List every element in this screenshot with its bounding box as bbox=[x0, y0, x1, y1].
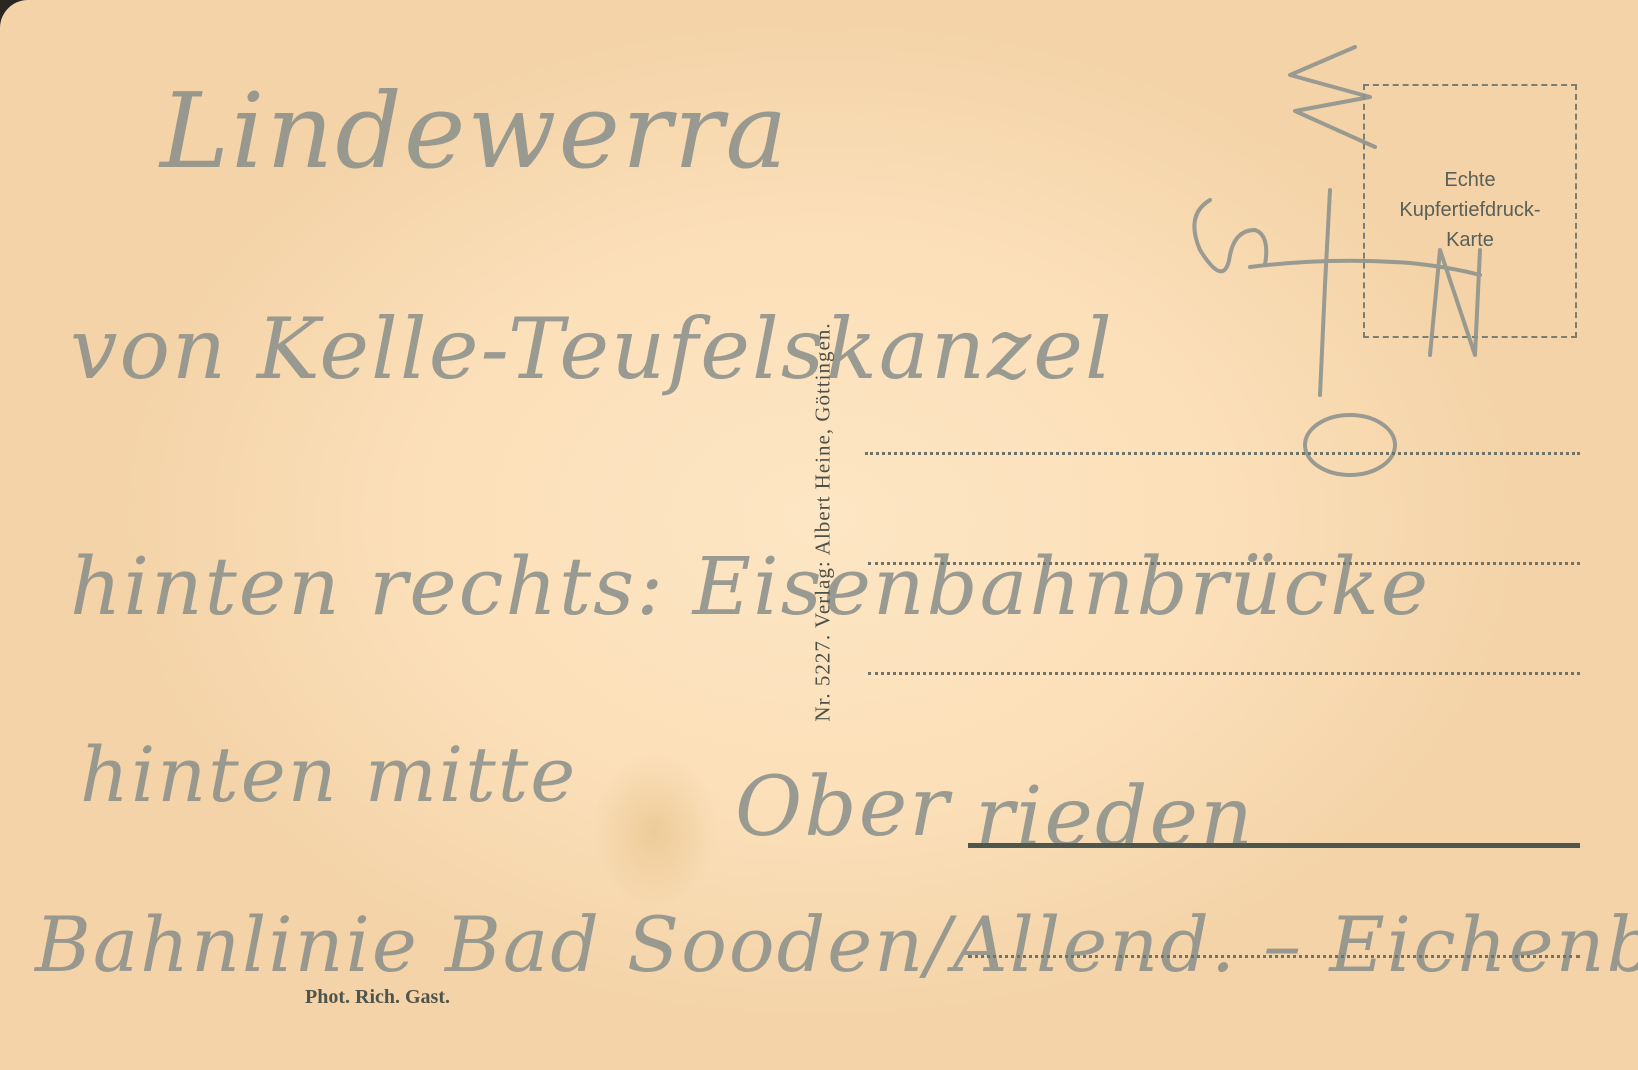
handwriting-line-2: von Kelle-Teufelskanzel bbox=[70, 300, 1114, 398]
address-line-5 bbox=[968, 955, 1580, 958]
handwriting-line-1: Lindewerra bbox=[160, 70, 789, 192]
address-line-2 bbox=[868, 562, 1580, 565]
handwriting-line-4b: Ober bbox=[735, 760, 950, 855]
handwriting-line-4a: hinten mitte bbox=[80, 730, 577, 819]
postcard-back: Lindewerra von Kelle-Teufelskanzel hinte… bbox=[0, 0, 1638, 1070]
publisher-imprint: Nr. 5227. Verlag: Albert Heine, Göttinge… bbox=[811, 322, 836, 721]
address-line-4 bbox=[968, 843, 1580, 848]
handwriting-line-4-struck: rieden bbox=[975, 770, 1255, 865]
address-line-3 bbox=[868, 672, 1580, 675]
address-line-1 bbox=[865, 452, 1580, 455]
compass-rose-icon bbox=[1130, 35, 1600, 485]
handwriting-line-5: Bahnlinie Bad Sooden/Allend. – Eichenbg. bbox=[35, 900, 1638, 989]
photo-credit: Phot. Rich. Gast. bbox=[305, 986, 450, 1009]
handwriting-line-3: hinten rechts: Eisenbahnbrücke bbox=[70, 540, 1430, 633]
